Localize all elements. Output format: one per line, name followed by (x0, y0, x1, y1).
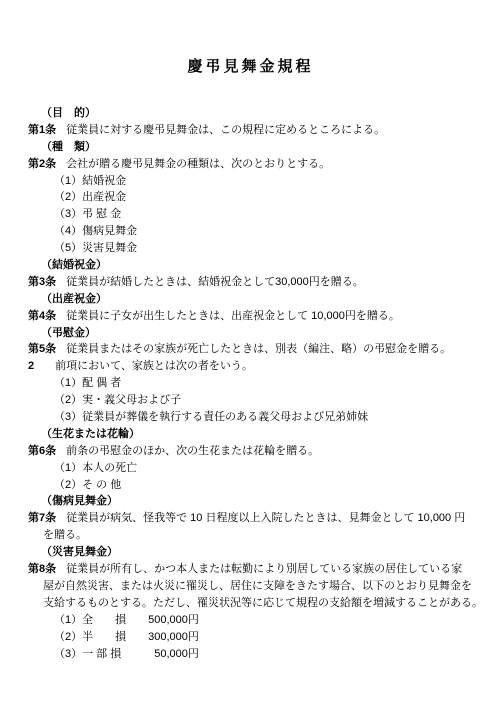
article-2: 第2条会社が贈る慶弔見舞金の種類は、次のとおりとする。 (0, 156, 501, 173)
article-number: 第1条 (28, 124, 56, 136)
section-heading-types: （種 類） (0, 139, 501, 156)
section-heading-marriage: （結婚祝金） (0, 257, 501, 274)
article-number: 第7条 (28, 512, 56, 524)
section-heading-purpose: （目 的） (0, 105, 501, 122)
section-heading-childbirth: （出産祝金） (0, 291, 501, 308)
article-text: 前条の弔慰金のほか、次の生花または花輪を贈る。 (66, 445, 319, 457)
article-5-paragraph-2: 2 前項において、家族とは次の者をいう。 (0, 358, 501, 375)
paragraph-number: 2 (28, 360, 34, 372)
section-heading-disaster: （災害見舞金） (0, 544, 501, 561)
list-item: （5）災害見舞金 (0, 240, 501, 257)
list-item: （1）本人の死亡 (0, 460, 501, 477)
article-3: 第3条従業員が結婚したときは、結婚祝金として30,000円を贈る。 (0, 274, 501, 291)
section-heading-injury-illness: （傷病見舞金） (0, 493, 501, 510)
document-body: （目 的） 第1条従業員に対する慶弔見舞金は、この規程に定めるところによる。 （… (0, 105, 501, 662)
section-heading-flowers: （生花または花輪） (0, 426, 501, 443)
article-number: 第8条 (28, 563, 56, 575)
article-continuation: 支給するものとする。ただし、罹災状況等に応じて規程の支給額を増減することがある。 (0, 595, 501, 612)
list-item: （2）出産祝金 (0, 189, 501, 206)
article-text: 会社が贈る慶弔見舞金の種類は、次のとおりとする。 (66, 158, 330, 170)
article-number: 第4条 (28, 310, 56, 322)
article-6: 第6条前条の弔慰金のほか、次の生花または花輪を贈る。 (0, 443, 501, 460)
document-page: 慶弔見舞金規程 （目 的） 第1条従業員に対する慶弔見舞金は、この規程に定めると… (0, 0, 501, 702)
article-5: 第5条従業員またはその家族が死亡したときは、別表（編注、略）の弔慰金を贈る。 (0, 341, 501, 358)
article-text: 従業員に子女が出生したときは、出産祝金として 10,000円を贈る。 (66, 310, 400, 322)
article-number: 第3条 (28, 276, 56, 288)
list-item-total-loss: （1）全 損 500,000円 (0, 612, 501, 629)
list-item: （1）結婚祝金 (0, 173, 501, 190)
list-item-partial-loss: （3）一 部 損 50,000円 (0, 646, 501, 663)
article-text: 従業員が病気、怪我等で 10 日程度以上入院したときは、見舞金として 10,00… (66, 512, 465, 524)
article-text: 従業員に対する慶弔見舞金は、この規程に定めるところによる。 (66, 124, 385, 136)
list-item: （2）実・義父母および子 (0, 392, 501, 409)
list-item: （3）従業員が葬儀を執行する責任のある義父母および兄弟姉妹 (0, 409, 501, 426)
article-number: 第2条 (28, 158, 56, 170)
article-1: 第1条従業員に対する慶弔見舞金は、この規程に定めるところによる。 (0, 122, 501, 139)
article-4: 第4条従業員に子女が出生したときは、出産祝金として 10,000円を贈る。 (0, 308, 501, 325)
article-continuation: を贈る。 (0, 527, 501, 544)
document-title: 慶弔見舞金規程 (0, 0, 501, 77)
article-text: 前項において、家族とは次の者をいう。 (44, 360, 253, 372)
list-item: （3）弔 慰 金 (0, 206, 501, 223)
list-item: （4）傷病見舞金 (0, 223, 501, 240)
article-number: 第5条 (28, 343, 56, 355)
list-item-half-loss: （2）半 損 300,000円 (0, 629, 501, 646)
section-heading-condolence: （弔慰金） (0, 325, 501, 342)
article-text: 従業員またはその家族が死亡したときは、別表（編注、略）の弔慰金を贈る。 (66, 343, 451, 355)
article-text: 従業員が結婚したときは、結婚祝金として30,000円を贈る。 (66, 276, 364, 288)
article-number: 第6条 (28, 445, 56, 457)
article-8: 第8条従業員が所有し、かつ本人または転勤により別居している家族の居住している家 (0, 561, 501, 578)
list-item: （1）配 偶 者 (0, 375, 501, 392)
article-continuation: 屋が自然災害、または火災に罹災し、居住に支障をきたす場合、以下のとおり見舞金を (0, 578, 501, 595)
article-text: 従業員が所有し、かつ本人または転勤により別居している家族の居住している家 (66, 563, 462, 575)
list-item: （2）そ の 他 (0, 477, 501, 494)
article-7: 第7条従業員が病気、怪我等で 10 日程度以上入院したときは、見舞金として 10… (0, 510, 501, 527)
